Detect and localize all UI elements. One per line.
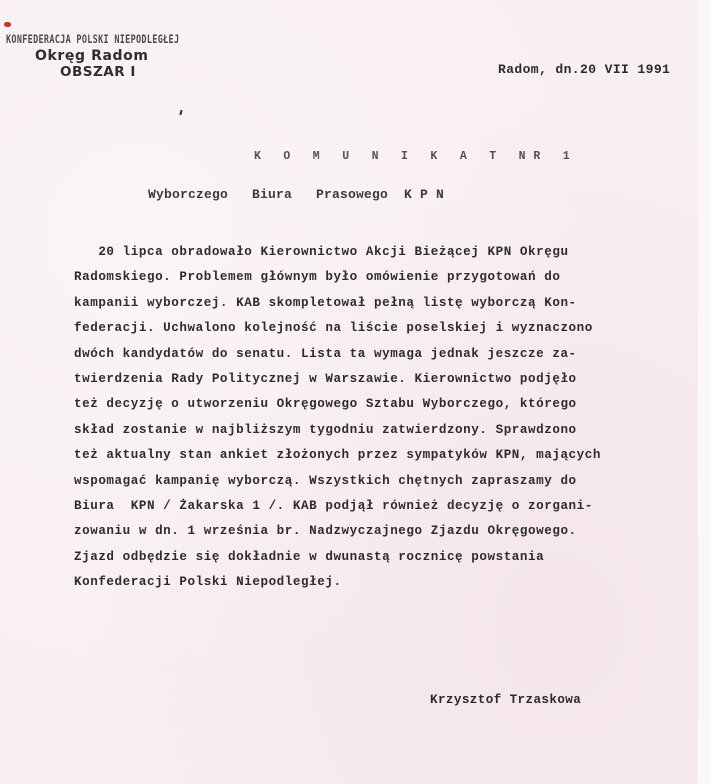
body-line: Zjazd odbędzie się dokładnie w dwunastą … [74,545,710,570]
body-line: kampanii wyborczej. KAB skompletował peł… [74,291,710,316]
dateline: Radom, dn.20 VII 1991 [498,62,670,77]
body-line: zowaniu w dn. 1 września br. Nadzwyczajn… [74,519,710,544]
red-ink-mark [4,22,11,27]
page-edge [698,0,710,784]
body-line: dwóch kandydatów do senatu. Lista ta wym… [74,342,710,367]
body-line: twierdzenia Rady Politycznej w Warszawie… [74,367,710,392]
body-line: federacji. Uchwalono kolejność na liście… [74,316,710,341]
body-line: też decyzję o utworzeniu Okręgowego Szta… [74,392,710,417]
body-line: Radomskiego. Problemem głównym było omów… [74,265,710,290]
document-page: KONFEDERACJA POLSKI NIEPODLEGŁEJ Okręg R… [0,0,698,784]
organization-stamp: KONFEDERACJA POLSKI NIEPODLEGŁEJ Okręg R… [6,33,179,80]
body-line: 20 lipca obradowało Kierownictwo Akcji B… [74,240,710,265]
ink-speck [179,110,182,115]
document-subtitle: Wyborczego Biura Prasowego K P N [148,187,444,202]
signature: Krzysztof Trzaskowa [430,693,581,707]
body-line: Biura KPN / Żakarska 1 /. KAB podjął rów… [74,494,710,519]
body-line: Konfederacji Polski Niepodległej. [74,570,710,595]
communique-body: 20 lipca obradowało Kierownictwo Akcji B… [74,240,710,596]
stamp-organization: KONFEDERACJA POLSKI NIEPODLEGŁEJ [6,33,179,47]
document-title: K O M U N I K A T NR 1 [254,150,577,163]
body-line: wspomagać kampanię wyborczą. Wszystkich … [74,469,710,494]
body-line: skład zostanie w najbliższym tygodniu za… [74,418,710,443]
body-line: też aktualny stan ankiet złożonych przez… [74,443,710,468]
stamp-district: Okręg Radom [35,49,179,64]
stamp-area: OBSZAR I [60,64,179,80]
